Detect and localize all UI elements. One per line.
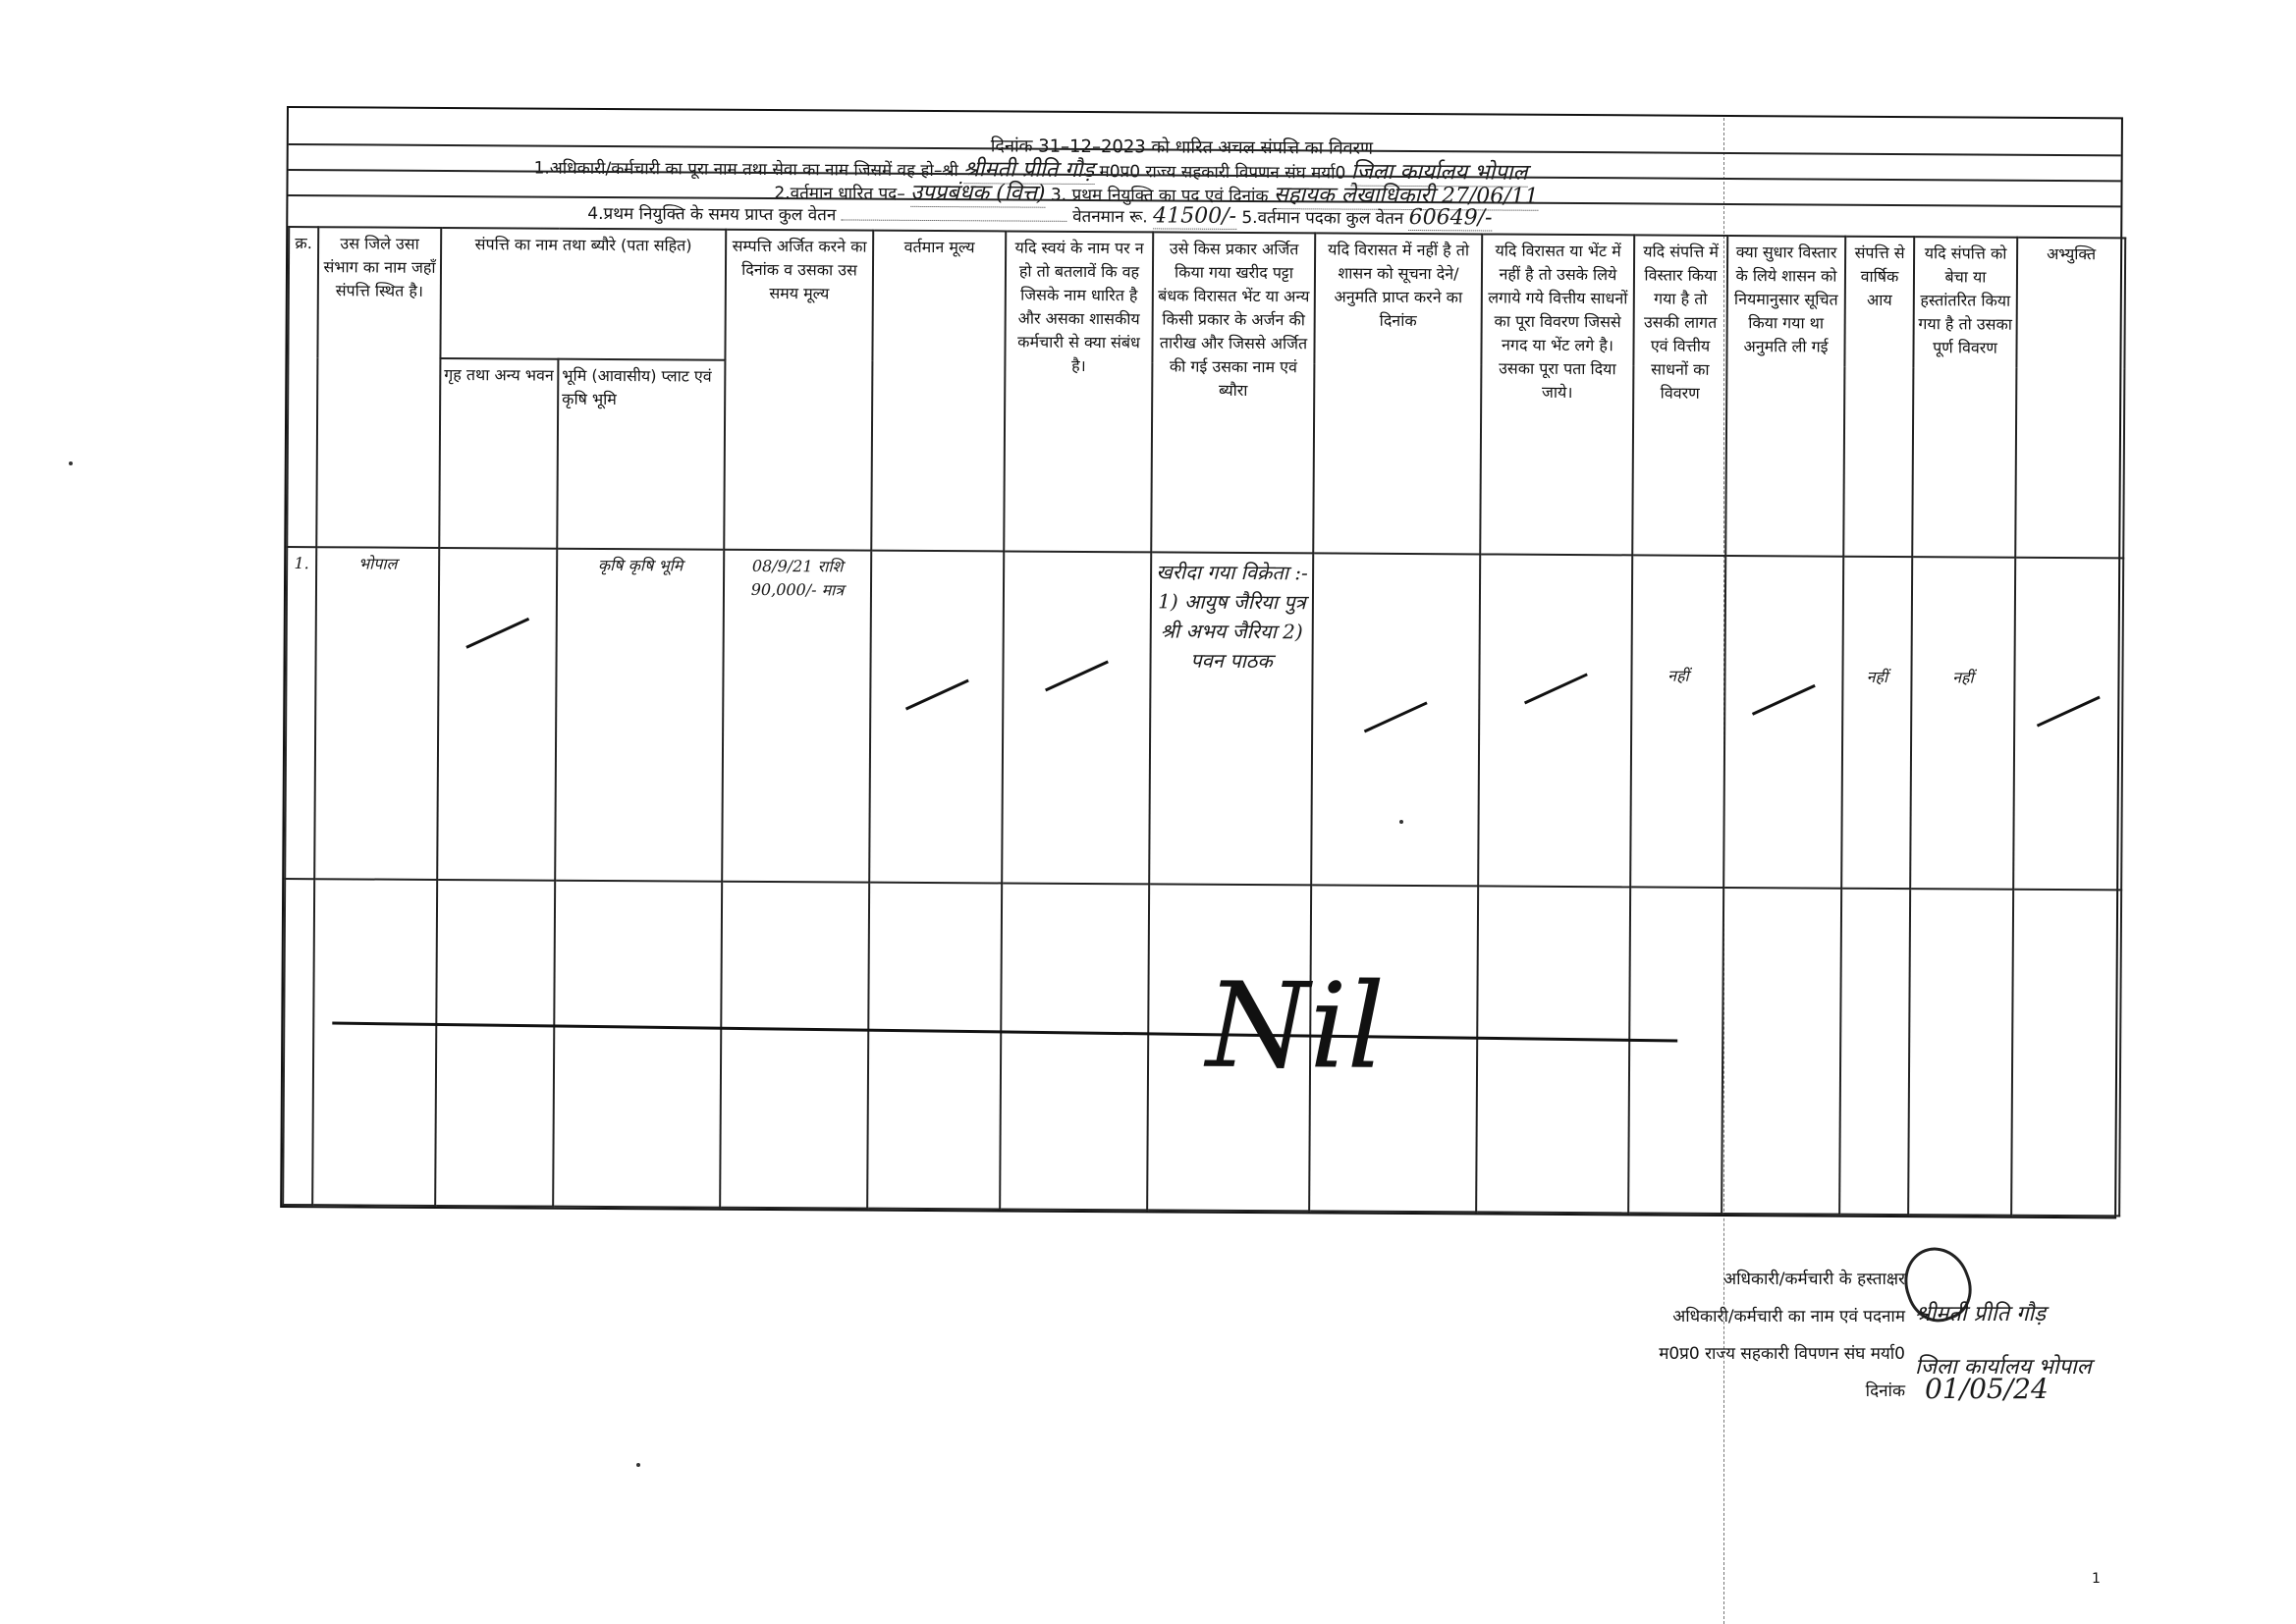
row-remarks xyxy=(2013,558,2123,890)
header-serial: क्र. xyxy=(287,227,318,548)
row-expansion-cost: नहीं xyxy=(1630,556,1725,888)
current-salary-label: 5.वर्तमान पदका कुल वेतन xyxy=(1241,208,1403,229)
table-row: 1. भोपाल कृषि कृषि भूमि 08/9/21 राशि 90,… xyxy=(285,547,2123,890)
first-salary-value xyxy=(842,219,1067,221)
header-house: गृह तथा अन्य भवन xyxy=(439,358,558,549)
dash-mark xyxy=(465,618,529,649)
asset-declaration-form: दिनांक 31–12–2023 को धारित अचल संपत्ति क… xyxy=(280,106,2123,1218)
row-district: भोपाल xyxy=(314,548,439,880)
first-salary-label: 4.प्रथम नियुक्ति के समय प्राप्त कुल वेतन xyxy=(587,204,836,226)
org-label: म0प्र0 राज्य सहकारी विपणन संघ मर्या0 xyxy=(1659,1344,1905,1364)
row-house xyxy=(437,548,557,880)
header-annual-income: संपत्ति से वार्षिक आय xyxy=(1843,237,1914,558)
dash-mark xyxy=(1045,661,1109,692)
header-how-acquired: उसे किस प्रकार अर्जित किया गया खरीद पट्ट… xyxy=(1151,232,1315,553)
row-improvement-permission xyxy=(1723,556,1843,888)
signature-label: अधिकारी/कर्मचारी के हस्ताक्षर xyxy=(1723,1270,1905,1289)
header-improvement-permission: क्या सुधार विस्तार के लिये शासन को नियमा… xyxy=(1725,236,1845,557)
dash-mark xyxy=(904,679,968,711)
header-expansion-cost: यदि संपत्ति में विस्तार किया गया है तो उ… xyxy=(1632,235,1727,556)
row-land: कृषि कृषि भूमि xyxy=(555,549,724,882)
dash-mark xyxy=(2037,696,2101,728)
row-govt-permission-date xyxy=(1311,554,1480,887)
payscale-value: 41500/- xyxy=(1153,203,1236,230)
first-salary-field: 4.प्रथम नियुक्ति के समय प्राप्त कुल वेतन… xyxy=(587,200,1492,232)
row-financial-sources xyxy=(1478,555,1632,887)
row-acquired-date: 08/9/21 राशि 90,000/- मात्र xyxy=(722,550,871,882)
date-line: दिनांक 01/05/24 xyxy=(1552,1379,2259,1416)
header-remarks: अभ्युक्ति xyxy=(2015,238,2125,559)
dash-mark xyxy=(1364,702,1428,733)
signature-block: अधिकारी/कर्मचारी के हस्ताक्षर अधिकारी/कर… xyxy=(1552,1267,2259,1416)
name-label: अधिकारी/कर्मचारी का नाम एवं पदनाम xyxy=(1672,1307,1905,1326)
header-current-value: वर्तमान मूल्य xyxy=(871,231,1006,552)
name-value: श्रीमती प्रीति गौड़ xyxy=(1915,1298,2046,1327)
page-number: 1 xyxy=(2092,1571,2101,1587)
row-sold-transferred: नहीं xyxy=(1910,558,2015,890)
header-govt-permission-date: यदि विरासत में नहीं है तो शासन को सूचना … xyxy=(1313,233,1482,554)
table-row-empty xyxy=(283,879,2121,1216)
nil-annotation: Nil xyxy=(1206,958,1386,1096)
row-in-whose-name xyxy=(1002,552,1151,884)
row-serial: 1. xyxy=(285,547,316,879)
payscale-label: वेतनमान रू. xyxy=(1072,207,1148,227)
header-financial-sources: यदि विरासत या भेंट में नहीं है तो उसके ल… xyxy=(1480,234,1634,555)
header-sold-transferred: यदि संपत्ति को बेचा या हस्तांतरित किया ग… xyxy=(1912,237,2017,558)
header-land: भूमि (आवासीय) प्लाट एवं कृषि भूमि xyxy=(557,358,725,550)
current-salary-value: 60649/- xyxy=(1409,205,1493,232)
signature-line: अधिकारी/कर्मचारी के हस्ताक्षर xyxy=(1552,1267,2259,1304)
asset-table: क्र. उस जिले उसा संभाग का नाम जहाँ संपत्… xyxy=(282,226,2126,1217)
dash-mark xyxy=(1523,674,1587,705)
header-acquired-date: सम्पत्ति अर्जित करने का दिनांक व उसका उस… xyxy=(724,230,873,551)
header-property: संपत्ति का नाम तथा ब्यौरे (पता सहित) xyxy=(440,228,726,360)
row-how-acquired: खरीदा गया विक्रेता :- 1) आयुष जैरिया पुत… xyxy=(1149,553,1313,886)
dash-mark xyxy=(1752,684,1816,716)
scan-speck xyxy=(636,1463,640,1467)
row-annual-income: नहीं xyxy=(1841,557,1912,889)
row-current-value xyxy=(869,551,1004,883)
scan-speck xyxy=(1399,820,1403,824)
date-label: दिनांक xyxy=(1866,1381,1905,1401)
header-in-whose-name: यदि स्वयं के नाम पर न हो तो बतलावें कि व… xyxy=(1004,231,1153,552)
name-line: अधिकारी/कर्मचारी का नाम एवं पदनाम श्रीमत… xyxy=(1552,1304,2259,1341)
scan-speck xyxy=(69,461,73,465)
org-line: म0प्र0 राज्य सहकारी विपणन संघ मर्या0 जिल… xyxy=(1552,1341,2259,1379)
date-value: 01/05/24 xyxy=(1925,1373,2049,1405)
header-district: उस जिले उसा संभाग का नाम जहाँ संपत्ति स्… xyxy=(316,227,441,548)
